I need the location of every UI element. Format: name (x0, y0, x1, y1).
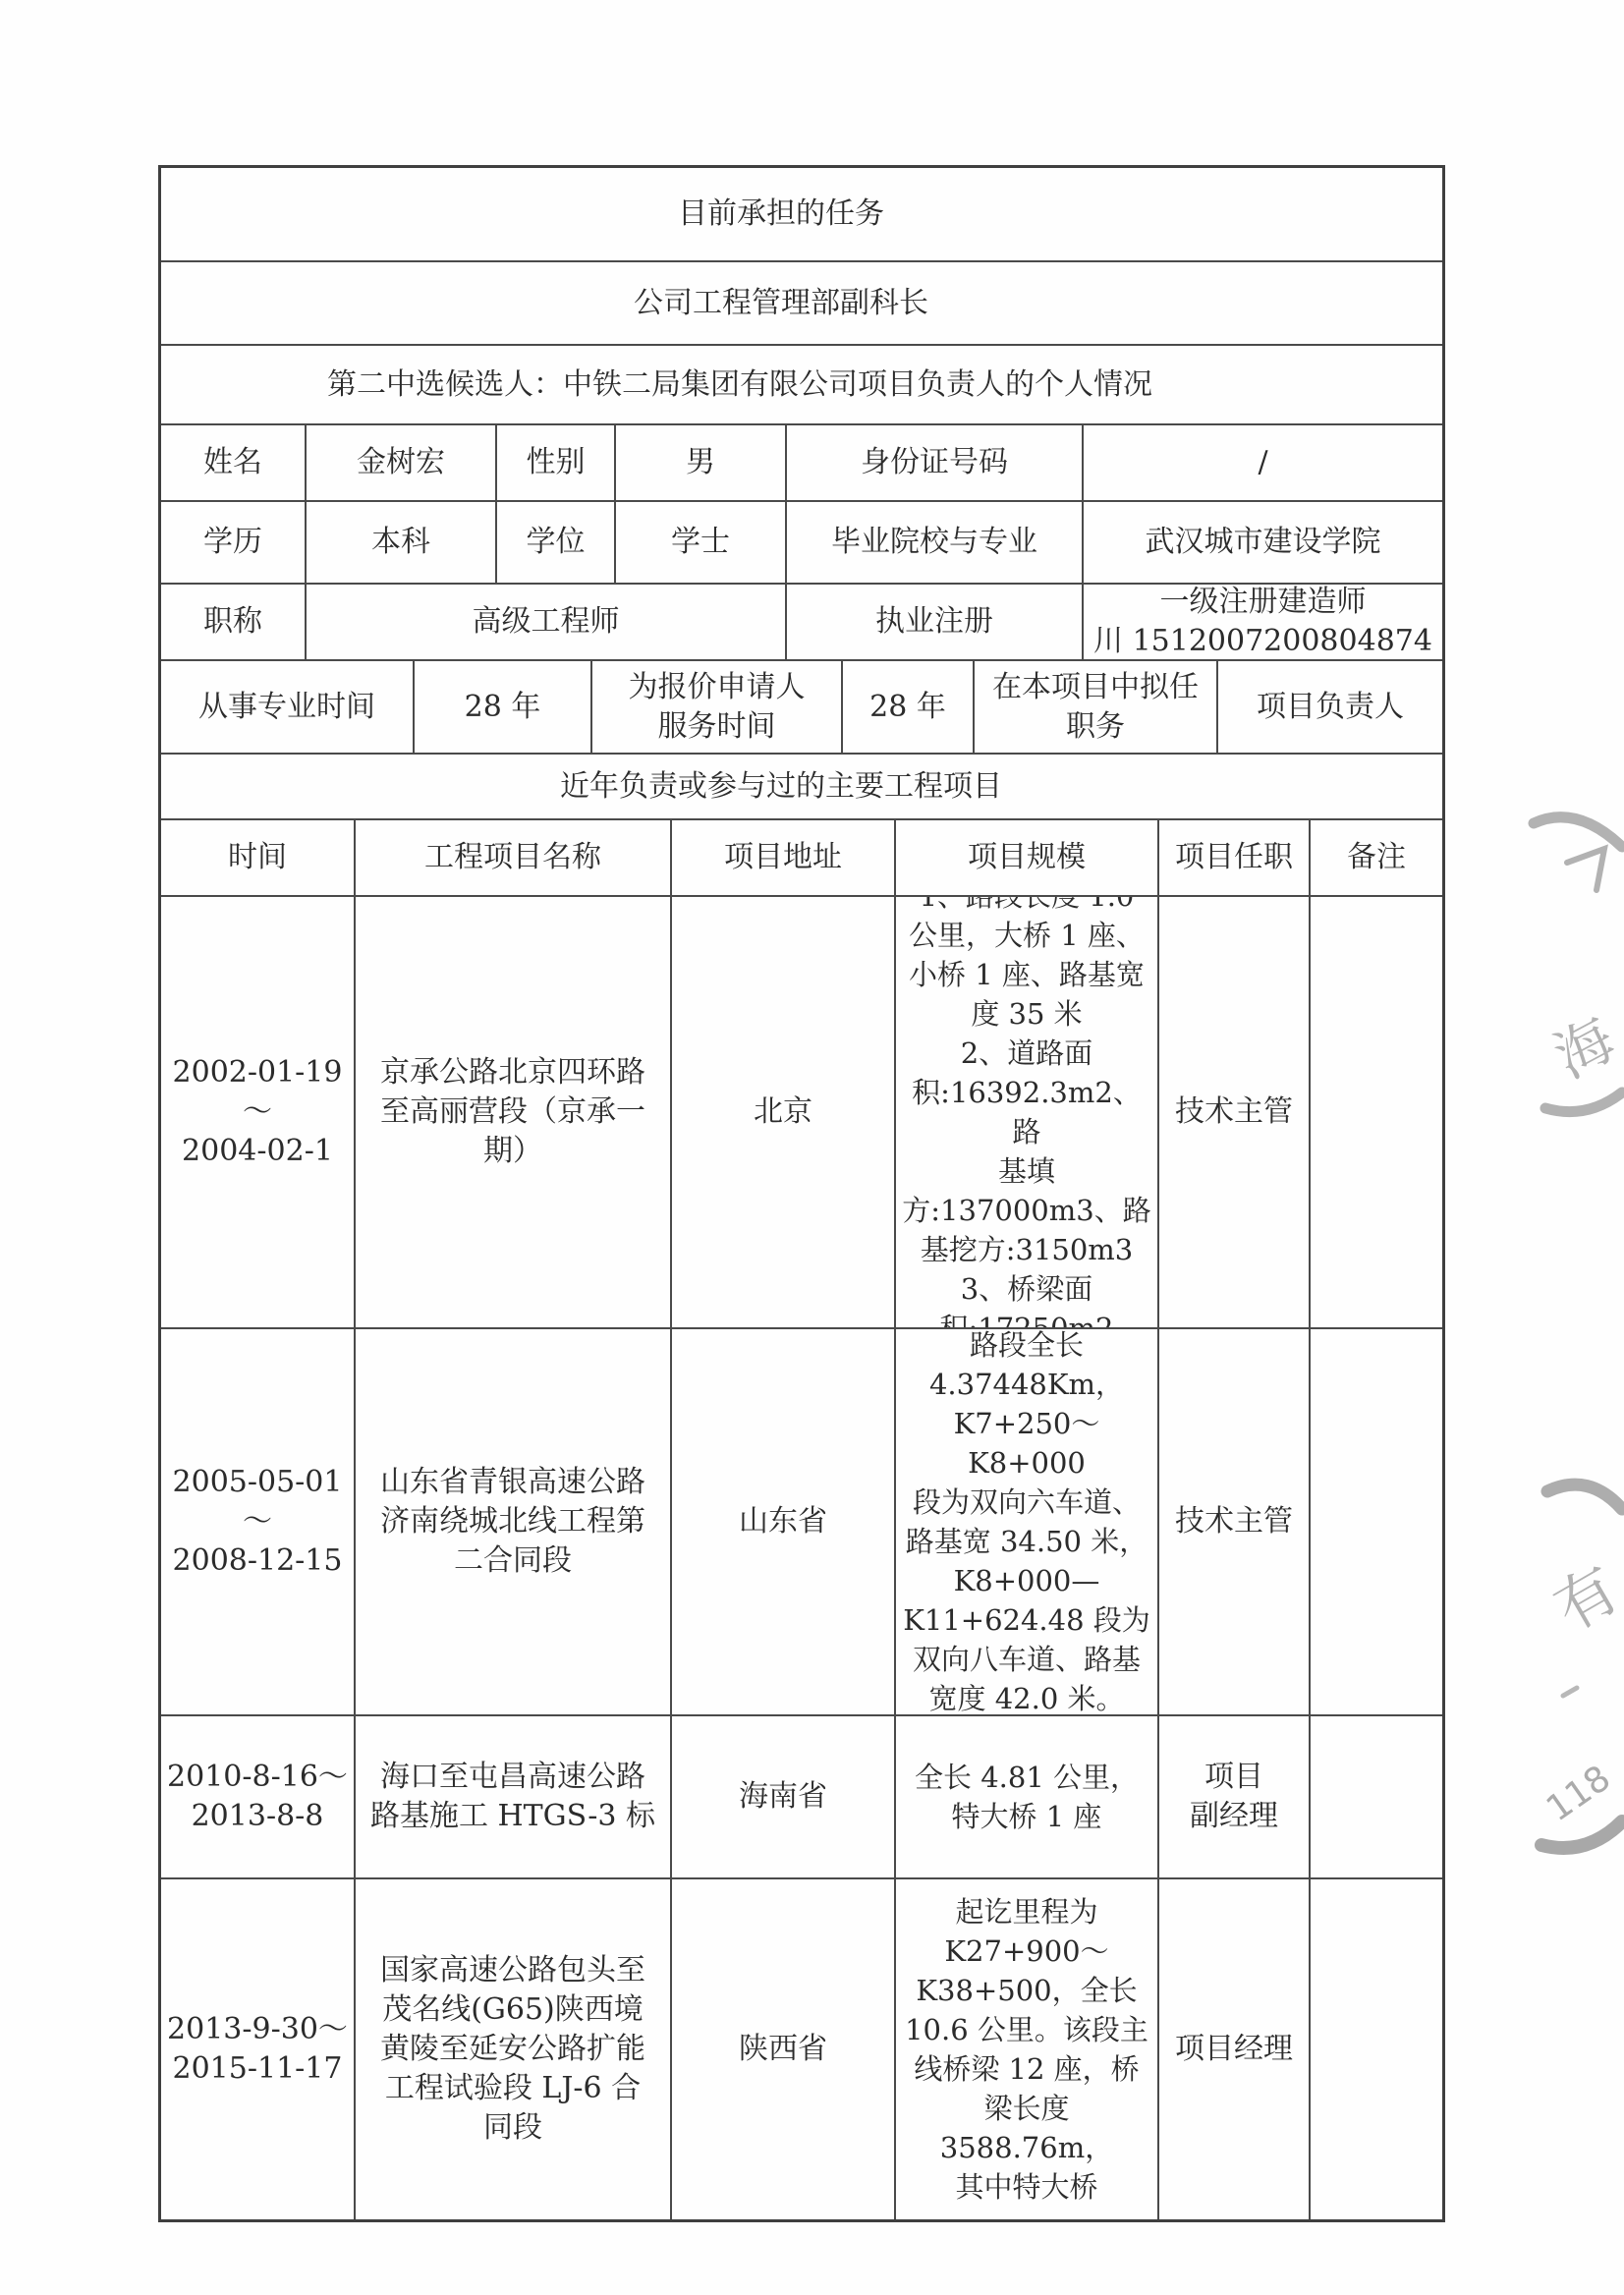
col-header-project-name: 工程项目名称 (354, 820, 670, 895)
project-note (1309, 897, 1442, 1327)
id-number-value: / (1082, 425, 1442, 500)
project-location: 山东省 (670, 1329, 894, 1714)
project-name: 京承公路北京四环路 至高丽营段（京承一 期） (354, 897, 670, 1327)
years-value: 28 年 (413, 661, 590, 753)
project-location: 陕西省 (670, 1879, 894, 2219)
stamp-digits: 118 (1540, 1758, 1618, 1829)
project-time: 2013-9-30～ 2015-11-17 (161, 1879, 354, 2219)
current-task-value: 公司工程管理部副科长 (161, 262, 1442, 344)
registration-label: 执业注册 (785, 585, 1082, 659)
name-value: 金树宏 (305, 425, 495, 500)
project-time: 2010-8-16～ 2013-8-8 (161, 1716, 354, 1877)
project-time: 2005-05-01～ 2008-12-15 (161, 1329, 354, 1714)
row-experience: 从事专业时间 28 年 为报价申请人 服务时间 28 年 在本项目中拟任 职务 … (161, 659, 1442, 753)
row-current-task-header: 目前承担的任务 (161, 168, 1442, 260)
stamp-char-mid: 海 (1543, 1005, 1624, 1091)
project-scale: 1、路段长度 1.0 公里，大桥 1 座、 小桥 1 座、路基宽 度 35 米 … (894, 897, 1157, 1327)
project-row: 2005-05-01～ 2008-12-15 山东省青银高速公路 济南绕城北线工… (161, 1327, 1442, 1714)
degree-value: 学士 (614, 502, 785, 583)
years-label: 从事专业时间 (161, 661, 413, 753)
name-label: 姓名 (161, 425, 305, 500)
project-note (1309, 1716, 1442, 1877)
id-number-label: 身份证号码 (785, 425, 1082, 500)
current-task-header: 目前承担的任务 (161, 168, 1442, 260)
col-header-role: 项目任职 (1157, 820, 1309, 895)
registration-value: 一级注册建造师 川 1512007200804874 (1082, 585, 1442, 659)
col-header-time: 时间 (161, 820, 354, 895)
title-value: 高级工程师 (305, 585, 785, 659)
proposed-position-value: 项目负责人 (1216, 661, 1442, 753)
row-name: 姓名 金树宏 性别 男 身份证号码 / (161, 423, 1442, 500)
degree-label: 学位 (495, 502, 614, 583)
col-header-note: 备注 (1309, 820, 1442, 895)
education-label: 学历 (161, 502, 305, 583)
project-name: 海口至屯昌高速公路 路基施工 HTGS-3 标 (354, 1716, 670, 1877)
projects-header-row: 时间 工程项目名称 项目地址 项目规模 项目任职 备注 (161, 818, 1442, 895)
project-row: 2010-8-16～ 2013-8-8 海口至屯昌高速公路 路基施工 HTGS-… (161, 1714, 1442, 1877)
candidate-line: 第二中选候选人：中铁二局集团有限公司项目负责人的个人情况 (161, 346, 1442, 423)
col-header-location: 项目地址 (670, 820, 894, 895)
row-candidate-line: 第二中选候选人：中铁二局集团有限公司项目负责人的个人情况 (161, 344, 1442, 423)
education-value: 本科 (305, 502, 495, 583)
row-education: 学历 本科 学位 学士 毕业院校与专业 武汉城市建设学院 (161, 500, 1442, 583)
gender-value: 男 (614, 425, 785, 500)
project-name: 山东省青银高速公路 济南绕城北线工程第 二合同段 (354, 1329, 670, 1714)
project-time: 2002-01-19～ 2004-02-1 (161, 897, 354, 1327)
project-role: 项目经理 (1157, 1879, 1309, 2219)
project-role: 技术主管 (1157, 1329, 1309, 1714)
row-current-task-value: 公司工程管理部副科长 (161, 260, 1442, 344)
stamp-fragments-layer: 海 有 118 (1506, 0, 1624, 2295)
stamp-arc-top-icon: 海 (1506, 766, 1624, 1159)
service-years-label: 为报价申请人 服务时间 (590, 661, 841, 753)
col-header-scale: 项目规模 (894, 820, 1157, 895)
service-years-value: 28 年 (841, 661, 973, 753)
gender-label: 性别 (495, 425, 614, 500)
project-scale: 全长 4.81 公里， 特大桥 1 座 (894, 1716, 1157, 1877)
title-label: 职称 (161, 585, 305, 659)
project-note (1309, 1329, 1442, 1714)
project-role: 项目 副经理 (1157, 1716, 1309, 1877)
projects-section-title: 近年负责或参与过的主要工程项目 (161, 755, 1442, 818)
project-row: 2002-01-19～ 2004-02-1 京承公路北京四环路 至高丽营段（京承… (161, 895, 1442, 1327)
project-scale: 路段全长 4.37448Km， K7+250～K8+000 段为双向六车道、 路… (894, 1329, 1157, 1714)
scanned-document-page: 目前承担的任务 公司工程管理部副科长 第二中选候选人：中铁二局集团有限公司项目负… (0, 0, 1624, 2295)
stamp-arc-bottom-icon: 有 118 (1506, 1454, 1624, 1867)
row-projects-section-title: 近年负责或参与过的主要工程项目 (161, 753, 1442, 818)
project-location: 海南省 (670, 1716, 894, 1877)
project-note (1309, 1879, 1442, 2219)
school-label: 毕业院校与专业 (785, 502, 1082, 583)
proposed-position-label: 在本项目中拟任 职务 (973, 661, 1216, 753)
project-role: 技术主管 (1157, 897, 1309, 1327)
stamp-char-low: 有 (1542, 1552, 1624, 1645)
row-title: 职称 高级工程师 执业注册 一级注册建造师 川 1512007200804874 (161, 583, 1442, 659)
school-value: 武汉城市建设学院 (1082, 502, 1442, 583)
project-row: 2013-9-30～ 2015-11-17 国家高速公路包头至 茂名线(G65)… (161, 1877, 1442, 2219)
personnel-info-table: 目前承担的任务 公司工程管理部副科长 第二中选候选人：中铁二局集团有限公司项目负… (158, 165, 1445, 2222)
project-scale: 起讫里程为 K27+900～ K38+500，全长 10.6 公里。该段主 线桥… (894, 1879, 1157, 2219)
project-location: 北京 (670, 897, 894, 1327)
project-name: 国家高速公路包头至 茂名线(G65)陕西境 黄陵至延安公路扩能 工程试验段 LJ… (354, 1879, 670, 2219)
